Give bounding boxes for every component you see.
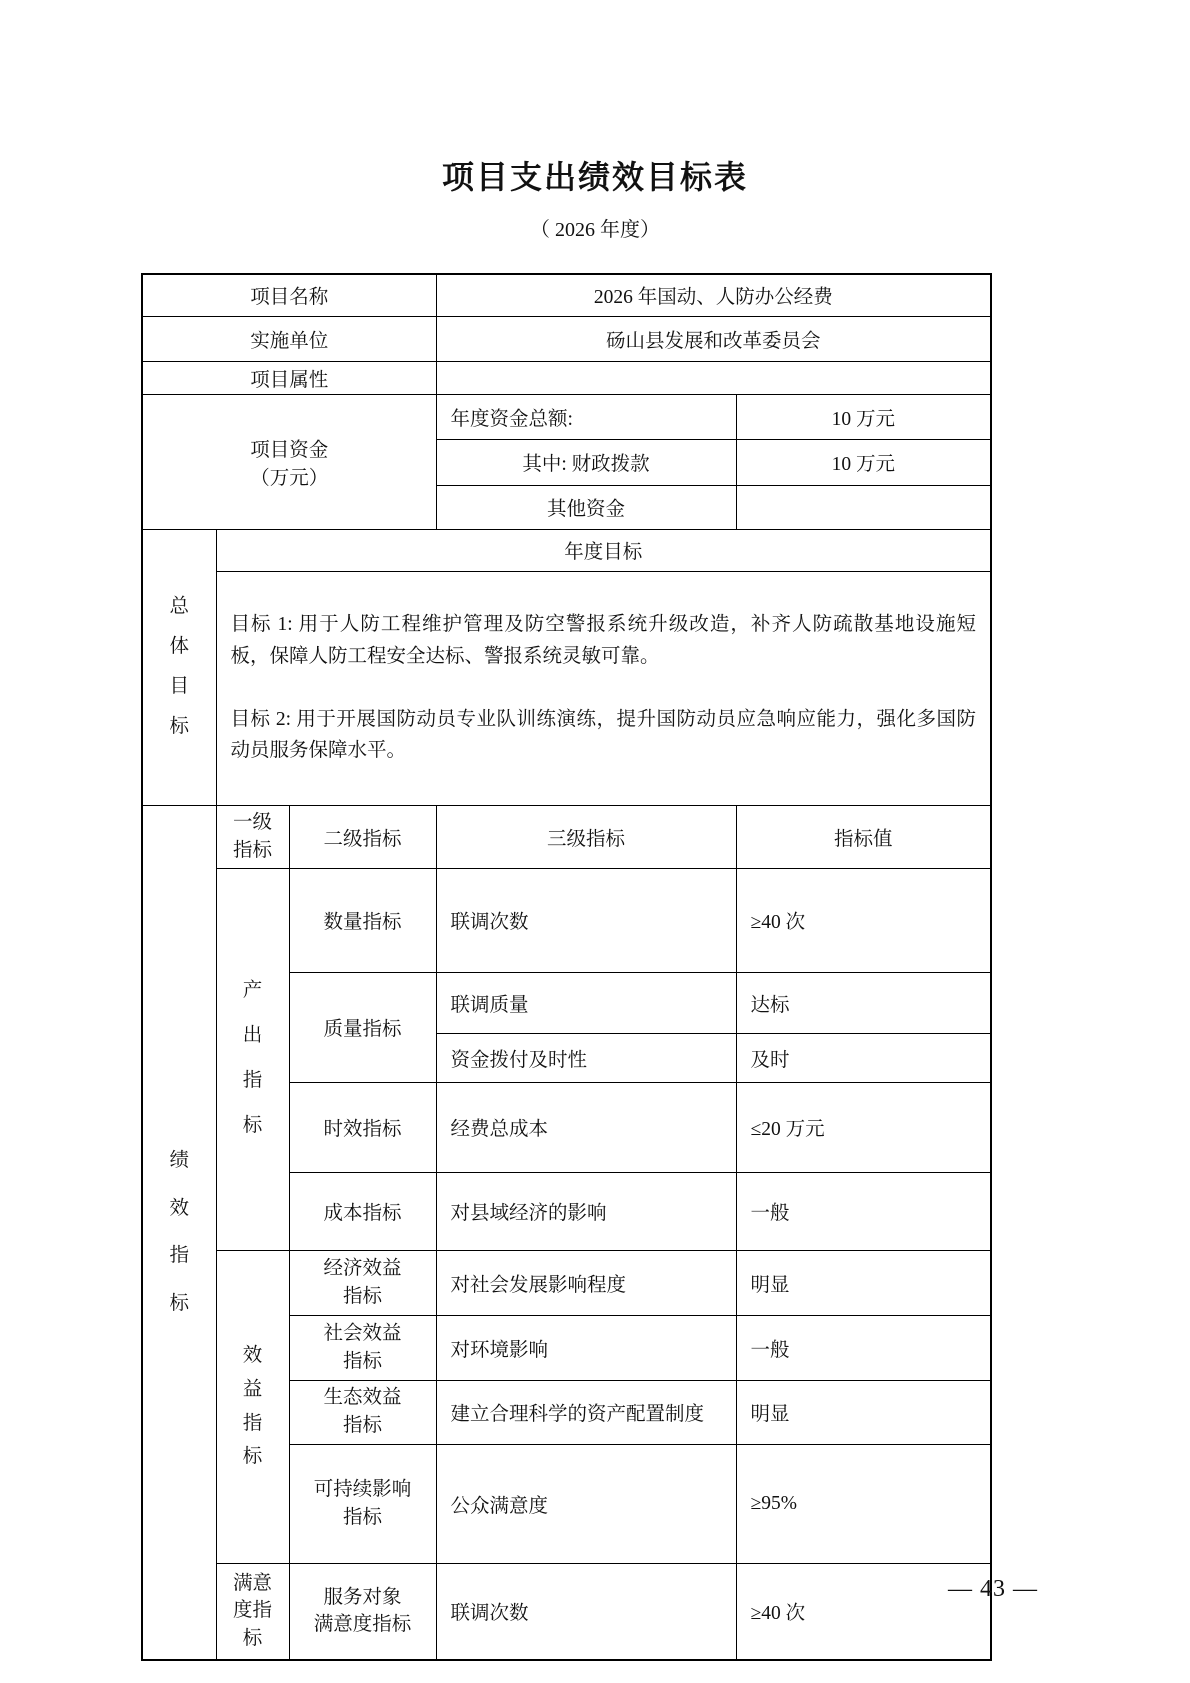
group-benefit-label: 效益指标 [216, 1250, 289, 1563]
indicator-l3: 对社会发展影响程度 [436, 1250, 736, 1315]
group-output-label: 产出指标 [216, 868, 289, 1250]
indicator-value: ≥40 次 [736, 868, 991, 972]
funds-other-label: 其他资金 [436, 485, 736, 529]
indicator-value: ≤20 万元 [736, 1082, 991, 1172]
header-level1: 一级指标 [216, 805, 289, 868]
funds-label: 项目资金 （万元） [142, 394, 436, 529]
document-page: 项目支出绩效目标表 （ 2026 年度） 项目名称 2026 年国动、人防办公经… [0, 0, 1190, 1683]
indicator-l2: 数量指标 [289, 868, 436, 972]
indicator-l3: 联调次数 [436, 1563, 736, 1660]
indicator-l3: 资金拨付及时性 [436, 1033, 736, 1082]
indicator-l2: 服务对象 满意度指标 [289, 1563, 436, 1660]
indicator-l3: 联调质量 [436, 972, 736, 1033]
header-level3: 三级指标 [436, 805, 736, 868]
indicator-value: 一般 [736, 1172, 991, 1250]
goal-2: 目标 2: 用于开展国防动员专业队训练演练，提升国防动员应急响应能力，强化多国防… [231, 704, 977, 767]
funds-fiscal-label: 其中: 财政拨款 [436, 439, 736, 485]
header-level2: 二级指标 [289, 805, 436, 868]
indicator-l2: 可持续影响 指标 [289, 1444, 436, 1563]
indicator-value: ≥95% [736, 1444, 991, 1563]
indicator-l3: 对县域经济的影响 [436, 1172, 736, 1250]
indicator-l2: 生态效益 指标 [289, 1380, 436, 1444]
indicator-value: 一般 [736, 1315, 991, 1380]
funds-fiscal-value: 10 万元 [736, 439, 991, 485]
overall-goal-side-label: 总体目标 [142, 529, 216, 805]
project-name-label: 项目名称 [142, 274, 436, 316]
funds-total-value: 10 万元 [736, 394, 991, 439]
indicator-l3: 建立合理科学的资产配置制度 [436, 1380, 736, 1444]
indicator-l2: 经济效益 指标 [289, 1250, 436, 1315]
indicator-l2: 时效指标 [289, 1082, 436, 1172]
indicator-l2: 社会效益 指标 [289, 1315, 436, 1380]
header-value: 指标值 [736, 805, 991, 868]
page-subtitle: （ 2026 年度） [0, 213, 1190, 242]
indicator-l3: 公众满意度 [436, 1444, 736, 1563]
annual-goal-header: 年度目标 [216, 529, 991, 571]
funds-total-label: 年度资金总额: [436, 394, 736, 439]
indicator-l3: 联调次数 [436, 868, 736, 972]
page-number: — 43 — [948, 1576, 1038, 1603]
performance-target-table: 项目名称 2026 年国动、人防办公经费 实施单位 砀山县发展和改革委员会 项目… [141, 273, 992, 1661]
indicator-value: 达标 [736, 972, 991, 1033]
project-name-value: 2026 年国动、人防办公经费 [436, 274, 991, 316]
attribute-value [436, 361, 991, 394]
indicator-l3: 经费总成本 [436, 1082, 736, 1172]
goal-1: 目标 1: 用于人防工程维护管理及防空警报系统升级改造，补齐人防疏散基地设施短板… [231, 609, 977, 672]
indicator-l3: 对环境影响 [436, 1315, 736, 1380]
indicator-value: 明显 [736, 1250, 991, 1315]
group-satisfaction-label: 满意度指标 [216, 1563, 289, 1660]
indicator-value: 明显 [736, 1380, 991, 1444]
unit-label: 实施单位 [142, 316, 436, 361]
performance-side-label: 绩效指标 [142, 805, 216, 1660]
indicator-l2: 质量指标 [289, 972, 436, 1082]
indicator-l2: 成本指标 [289, 1172, 436, 1250]
indicator-value: 及时 [736, 1033, 991, 1082]
page-title: 项目支出绩效目标表 [0, 152, 1190, 198]
annual-goal-text: 目标 1: 用于人防工程维护管理及防空警报系统升级改造，补齐人防疏散基地设施短板… [216, 571, 991, 805]
funds-other-value [736, 485, 991, 529]
attribute-label: 项目属性 [142, 361, 436, 394]
unit-value: 砀山县发展和改革委员会 [436, 316, 991, 361]
